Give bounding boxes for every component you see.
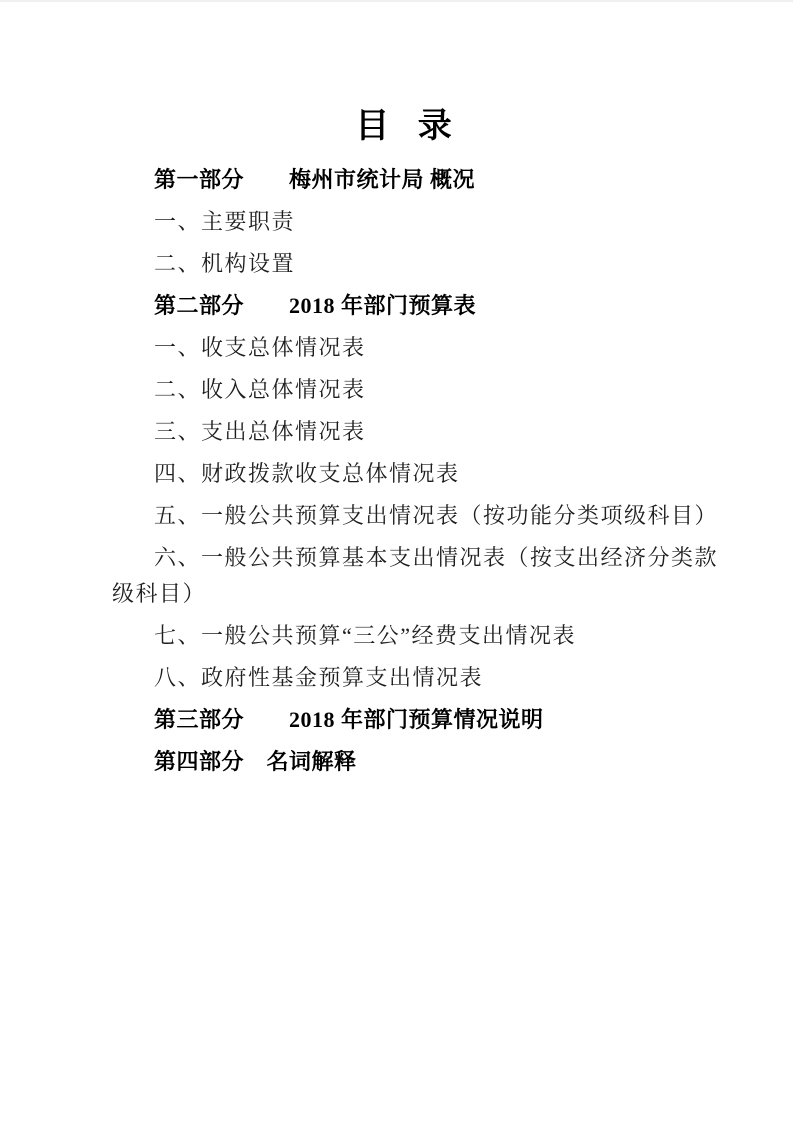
toc-list: 第一部分 梅州市统计局 概况一、主要职责二、机构设置第二部分 2018 年部门预… [112, 162, 732, 786]
toc-item: 一、收支总体情况表 [112, 330, 732, 366]
toc-part-heading: 第四部分 名词解释 [112, 744, 732, 780]
toc-item: 五、一般公共预算支出情况表（按功能分类项级科目） [112, 498, 732, 534]
toc-item: 七、一般公共预算“三公”经费支出情况表 [112, 618, 732, 654]
page-top-edge-shadow [0, 0, 793, 2]
toc-item: 二、收入总体情况表 [112, 372, 732, 408]
toc-item: 三、支出总体情况表 [112, 414, 732, 450]
page-title: 目 录 [120, 105, 689, 149]
toc-part-heading: 第三部分 2018 年部门预算情况说明 [112, 702, 732, 738]
toc-item: 一、主要职责 [112, 204, 732, 240]
toc-item: 六、一般公共预算基本支出情况表（按支出经济分类款 级科目） [112, 540, 732, 612]
document-page: 目 录 第一部分 梅州市统计局 概况一、主要职责二、机构设置第二部分 2018 … [0, 0, 793, 1122]
toc-part-heading: 第一部分 梅州市统计局 概况 [112, 162, 732, 198]
toc-part-heading: 第二部分 2018 年部门预算表 [112, 288, 732, 324]
toc-item: 四、财政拨款收支总体情况表 [112, 456, 732, 492]
toc-item: 二、机构设置 [112, 246, 732, 282]
toc-item: 八、政府性基金预算支出情况表 [112, 660, 732, 696]
